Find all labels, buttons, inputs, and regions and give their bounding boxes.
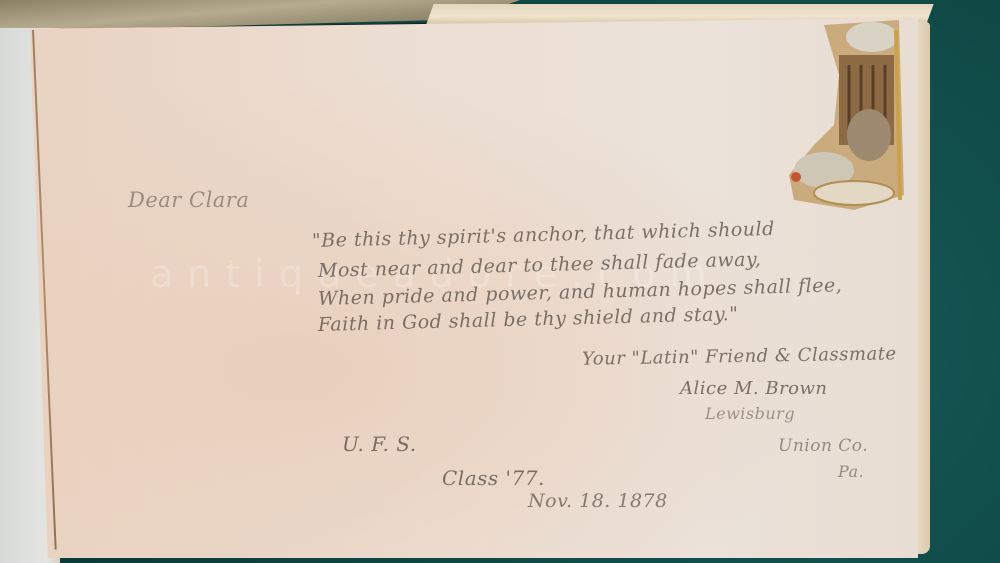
- date: Nov. 18. 1878: [528, 490, 668, 512]
- class-year: Class '77.: [442, 466, 545, 490]
- county: Union Co.: [778, 436, 868, 456]
- state: Pa.: [838, 462, 864, 481]
- signature: Alice M. Brown: [680, 378, 828, 399]
- chicken-scrap-picture: [784, 15, 909, 215]
- school-initials: U. F. S.: [342, 432, 417, 456]
- greeting: Dear Clara: [128, 188, 249, 212]
- town: Lewisburg: [705, 404, 795, 423]
